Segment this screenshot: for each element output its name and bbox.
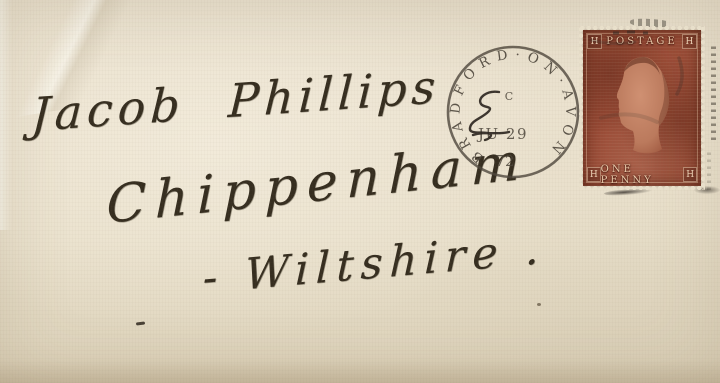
paper-edge-highlight	[0, 0, 12, 230]
ink-speck	[136, 321, 145, 325]
stamp-body: H POSTAGE H H ONE PENNY	[583, 30, 701, 186]
manuscript-pen-squiggle	[470, 92, 509, 140]
envelope-front: Jacob Phillips Chippenham - Wiltshire . …	[0, 0, 720, 383]
ink-speck	[537, 303, 541, 306]
stamp-corner-letter-bottom-left: H	[587, 167, 601, 182]
stamp-corner-letter-top-right: H	[682, 34, 697, 49]
stamp-one-penny-label: ONE PENNY	[601, 164, 684, 186]
stamp-corner-letter-top-left: H	[587, 34, 602, 49]
cancel-hatch-right-edge-lower	[707, 150, 711, 190]
cancel-smudge-above-stamp	[630, 18, 670, 28]
queen-victoria-portrait	[590, 51, 694, 165]
stamp-top-banner: H POSTAGE H	[587, 34, 697, 49]
stamp-corner-letter-bottom-right: H	[683, 167, 697, 182]
postmark: BRADFORD·ON·AVON C JU 29 72	[437, 36, 589, 188]
paper-shading-bottom	[0, 359, 720, 383]
stamp-bottom-banner: H ONE PENNY H	[587, 167, 697, 182]
penny-red-stamp: H POSTAGE H H ONE PENNY	[581, 28, 703, 188]
cancel-smudge-below-stamp	[604, 187, 652, 196]
stamp-postage-label: POSTAGE	[606, 36, 677, 47]
postmark-year: 72	[495, 152, 514, 170]
cancel-hatch-right-edge	[711, 45, 716, 140]
address-county: - Wiltshire .	[202, 224, 547, 304]
recipient-name: Jacob Phillips	[30, 59, 442, 142]
postmark-index-letter: C	[505, 90, 513, 103]
